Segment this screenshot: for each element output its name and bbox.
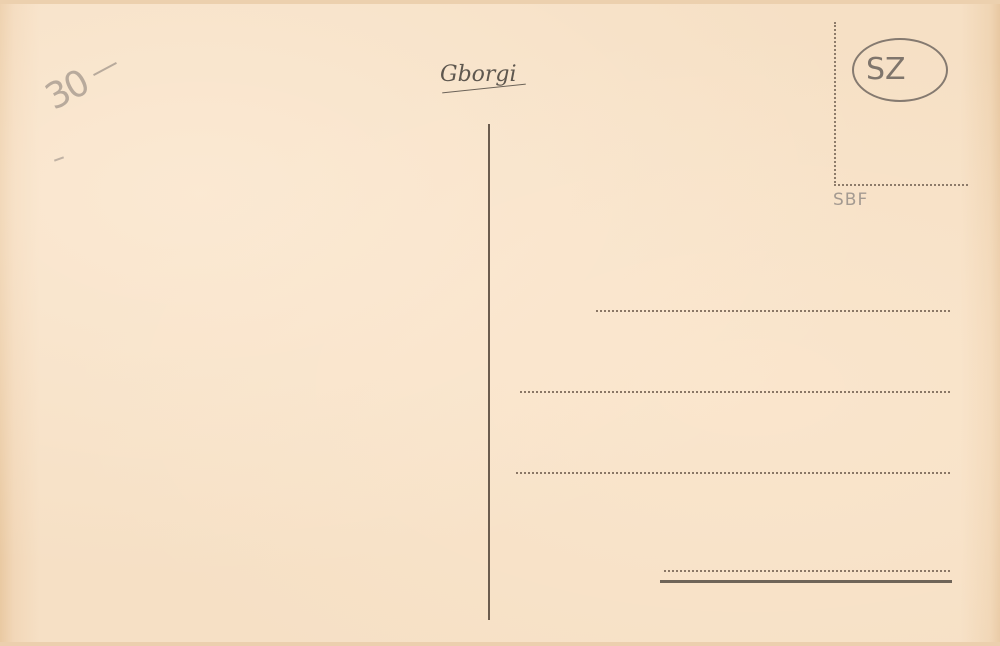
address-line-3 [516,472,950,474]
postcard-back: 30 Gborgi SZ SBF [0,0,1000,646]
center-divider-line [488,124,490,620]
stamp-label: SBF [833,190,868,210]
paper-edge-bottom [0,642,1000,646]
address-line-2 [520,391,950,393]
stamp-annotation: SZ [866,52,906,87]
address-line-1 [596,310,950,312]
address-underline [660,580,952,583]
paper-edge-top [0,0,1000,4]
handwritten-dash [93,62,117,76]
handwritten-mark [54,156,64,161]
address-line-4 [664,570,950,572]
handwritten-price: 30 [39,63,95,119]
publisher-signature: Gborgi [440,62,517,87]
